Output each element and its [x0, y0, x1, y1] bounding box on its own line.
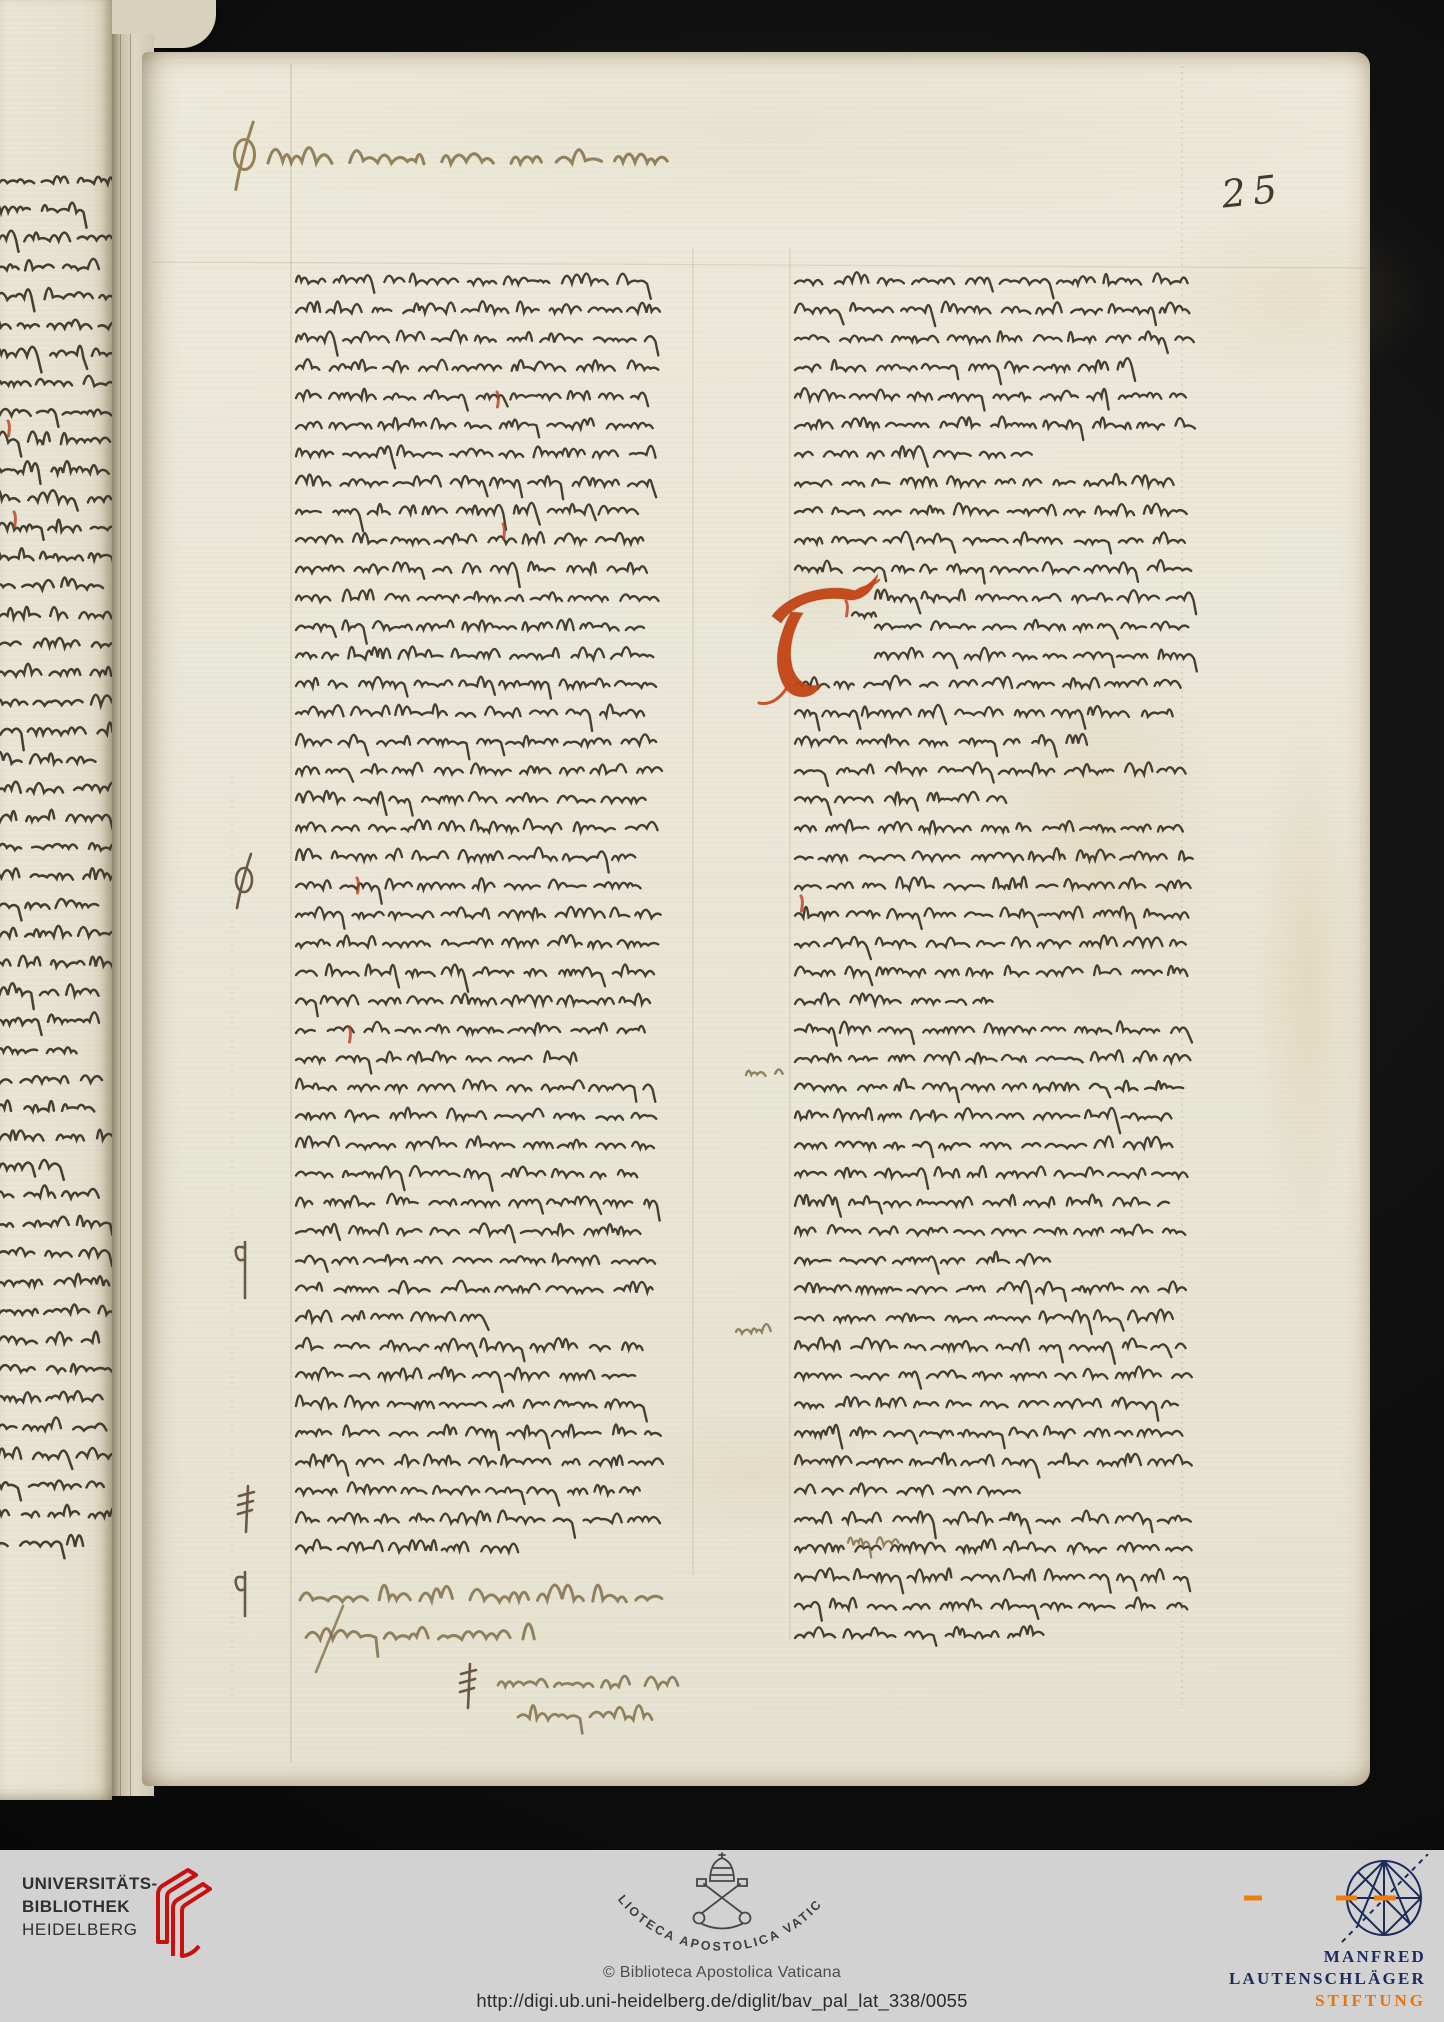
facing-page-strip: [0, 0, 112, 1800]
parchment-stain: [742, 542, 892, 652]
ub-heidelberg-book-icon: [146, 1858, 212, 1970]
parchment-stain: [1152, 202, 1432, 392]
ml-logo-line1: MANFRED: [1229, 1946, 1426, 1968]
ub-heidelberg-logo-text: UNIVERSITÄTS- BIBLIOTHEK HEIDELBERG: [22, 1872, 158, 1941]
manuscript-page: [142, 52, 1370, 1786]
vatican-copyright: © Biblioteca Apostolica Vaticana: [0, 1964, 1444, 1982]
gutter-crease: [130, 34, 131, 1796]
parchment-stain: [982, 612, 1222, 1072]
vatican-arc-text: BIBLIOTECA APOSTOLICA VATICANA: [592, 1850, 825, 1954]
ub-logo-line1: UNIVERSITÄTS-: [22, 1872, 158, 1895]
ml-stiftung-icon: [1224, 1854, 1436, 1946]
gutter-crease: [120, 34, 121, 1796]
ml-logo-line2: LAUTENSCHLÄGER: [1229, 1968, 1426, 1990]
digitization-url: http://digi.ub.uni-heidelberg.de/diglit/…: [0, 1990, 1444, 2012]
ub-logo-line3: HEIDELBERG: [22, 1918, 158, 1941]
ub-logo-line2: BIBLIOTHEK: [22, 1895, 158, 1918]
parchment-stain: [622, 1402, 882, 1542]
vatican-library-emblem: BIBLIOTECA APOSTOLICA VATICANA: [592, 1850, 852, 1962]
ml-stiftung-logo-text: MANFRED LAUTENSCHLÄGER STIFTUNG: [1229, 1946, 1426, 2012]
folio-number: 25: [1219, 163, 1314, 226]
manuscript-scan-viewer: 25 UNIVERSITÄTS- BIBLIOTHEK HEIDELBERG: [0, 0, 1444, 2022]
parchment-stain: [182, 32, 1342, 222]
parchment-stain: [1252, 712, 1362, 1252]
ml-logo-line3: STIFTUNG: [1229, 1990, 1426, 2012]
footer-band: UNIVERSITÄTS- BIBLIOTHEK HEIDELBERG BIBL…: [0, 1850, 1444, 2022]
svg-text:BIBLIOTECA APOSTOLICA VATICANA: BIBLIOTECA APOSTOLICA VATICANA: [592, 1850, 825, 1954]
